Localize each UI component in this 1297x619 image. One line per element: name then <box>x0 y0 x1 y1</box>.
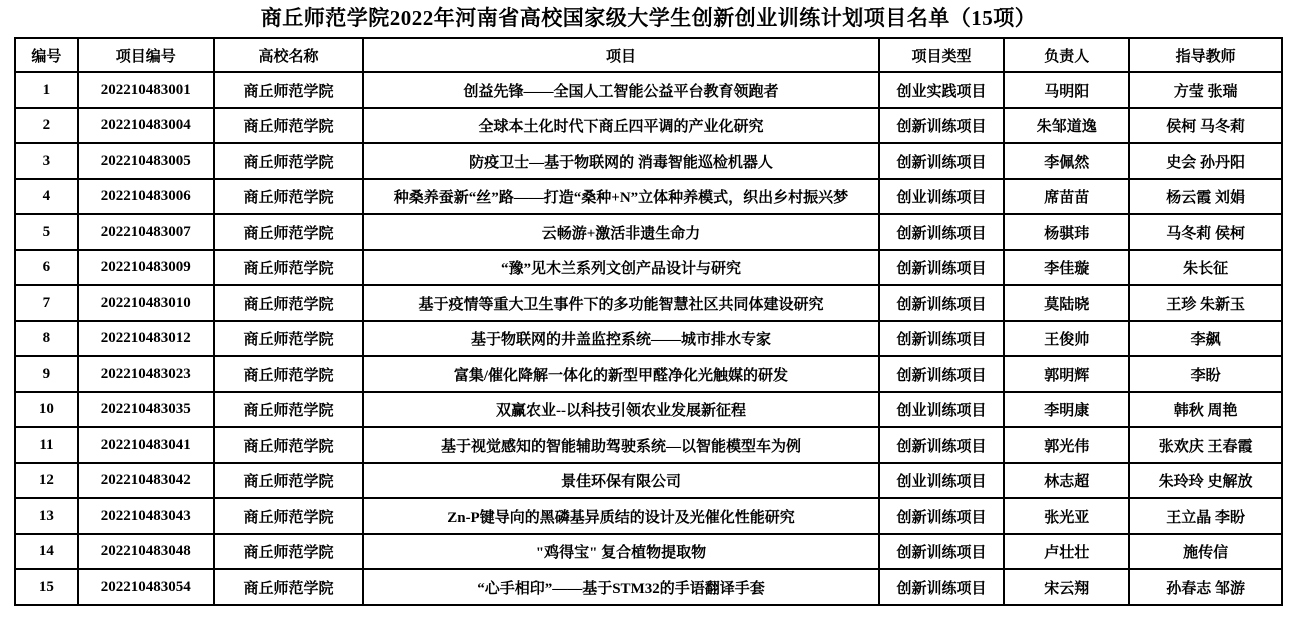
cell-advisors: 李盼 <box>1129 356 1282 392</box>
cell-project-no: 202210483006 <box>78 179 214 215</box>
cell-index: 9 <box>15 356 78 392</box>
document-page: 商丘师范学院2022年河南省高校国家级大学生创新创业训练计划项目名单（15项） … <box>0 0 1297 619</box>
cell-project-no: 202210483048 <box>78 534 214 570</box>
cell-university: 商丘师范学院 <box>214 214 364 250</box>
cell-leader: 卢壮壮 <box>1004 534 1129 570</box>
cell-project-no: 202210483041 <box>78 427 214 463</box>
cell-university: 商丘师范学院 <box>214 108 364 144</box>
cell-leader: 朱邹道逸 <box>1004 108 1129 144</box>
col-header-type: 项目类型 <box>879 38 1005 72</box>
cell-project-no: 202210483012 <box>78 321 214 357</box>
cell-project: 全球本土化时代下商丘四平调的产业化研究 <box>363 108 878 144</box>
cell-university: 商丘师范学院 <box>214 427 364 463</box>
cell-project: 基于物联网的井盖监控系统——城市排水专家 <box>363 321 878 357</box>
cell-type: 创新训练项目 <box>879 356 1005 392</box>
page-title: 商丘师范学院2022年河南省高校国家级大学生创新创业训练计划项目名单（15项） <box>0 5 1297 31</box>
cell-index: 6 <box>15 250 78 286</box>
table-row: 3202210483005商丘师范学院防疫卫士—基于物联网的 消毒智能巡检机器人… <box>15 143 1282 179</box>
cell-index: 13 <box>15 498 78 534</box>
cell-leader: 宋云翔 <box>1004 569 1129 605</box>
cell-advisors: 杨云霞 刘娟 <box>1129 179 1282 215</box>
cell-leader: 李佳璇 <box>1004 250 1129 286</box>
cell-index: 14 <box>15 534 78 570</box>
cell-index: 8 <box>15 321 78 357</box>
cell-project: 双赢农业--以科技引领农业发展新征程 <box>363 392 878 428</box>
cell-advisors: 史会 孙丹阳 <box>1129 143 1282 179</box>
table-row: 15202210483054商丘师范学院“心手相印”——基于STM32的手语翻译… <box>15 569 1282 605</box>
cell-university: 商丘师范学院 <box>214 285 364 321</box>
cell-university: 商丘师范学院 <box>214 250 364 286</box>
cell-type: 创新训练项目 <box>879 569 1005 605</box>
cell-project-no: 202210483001 <box>78 72 214 108</box>
cell-type: 创新训练项目 <box>879 108 1005 144</box>
cell-type: 创业实践项目 <box>879 72 1005 108</box>
cell-leader: 李明康 <box>1004 392 1129 428</box>
cell-project-no: 202210483035 <box>78 392 214 428</box>
cell-leader: 林志超 <box>1004 463 1129 499</box>
cell-advisors: 李飙 <box>1129 321 1282 357</box>
cell-project: 防疫卫士—基于物联网的 消毒智能巡检机器人 <box>363 143 878 179</box>
cell-leader: 席苗苗 <box>1004 179 1129 215</box>
table-row: 1202210483001商丘师范学院创益先锋——全国人工智能公益平台教育领跑者… <box>15 72 1282 108</box>
cell-university: 商丘师范学院 <box>214 143 364 179</box>
col-header-leader: 负责人 <box>1004 38 1129 72</box>
cell-university: 商丘师范学院 <box>214 72 364 108</box>
projects-table: 编号 项目编号 高校名称 项目 项目类型 负责人 指导教师 1202210483… <box>14 37 1283 606</box>
cell-leader: 杨骐玮 <box>1004 214 1129 250</box>
table-row: 6202210483009商丘师范学院“豫”见木兰系列文创产品设计与研究创新训练… <box>15 250 1282 286</box>
cell-project-no: 202210483054 <box>78 569 214 605</box>
cell-university: 商丘师范学院 <box>214 498 364 534</box>
cell-index: 2 <box>15 108 78 144</box>
cell-project: 富集/催化降解一体化的新型甲醛净化光触媒的研发 <box>363 356 878 392</box>
cell-index: 1 <box>15 72 78 108</box>
cell-type: 创新训练项目 <box>879 427 1005 463</box>
cell-type: 创业训练项目 <box>879 463 1005 499</box>
cell-project: Zn-P键导向的黑磷基异质结的设计及光催化性能研究 <box>363 498 878 534</box>
cell-type: 创新训练项目 <box>879 250 1005 286</box>
table-row: 13202210483043商丘师范学院Zn-P键导向的黑磷基异质结的设计及光催… <box>15 498 1282 534</box>
cell-leader: 李佩然 <box>1004 143 1129 179</box>
cell-university: 商丘师范学院 <box>214 569 364 605</box>
cell-index: 7 <box>15 285 78 321</box>
cell-project: “心手相印”——基于STM32的手语翻译手套 <box>363 569 878 605</box>
cell-project: “豫”见木兰系列文创产品设计与研究 <box>363 250 878 286</box>
cell-university: 商丘师范学院 <box>214 356 364 392</box>
cell-project: 基于视觉感知的智能辅助驾驶系统—以智能模型车为例 <box>363 427 878 463</box>
cell-index: 11 <box>15 427 78 463</box>
cell-university: 商丘师范学院 <box>214 179 364 215</box>
cell-university: 商丘师范学院 <box>214 392 364 428</box>
cell-university: 商丘师范学院 <box>214 534 364 570</box>
cell-project: 基于疫情等重大卫生事件下的多功能智慧社区共同体建设研究 <box>363 285 878 321</box>
cell-project-no: 202210483009 <box>78 250 214 286</box>
col-header-advisors: 指导教师 <box>1129 38 1282 72</box>
cell-advisors: 朱长征 <box>1129 250 1282 286</box>
cell-leader: 张光亚 <box>1004 498 1129 534</box>
cell-project-no: 202210483042 <box>78 463 214 499</box>
cell-project: "鸡得宝" 复合植物提取物 <box>363 534 878 570</box>
cell-project-no: 202210483023 <box>78 356 214 392</box>
table-body: 1202210483001商丘师范学院创益先锋——全国人工智能公益平台教育领跑者… <box>15 72 1282 605</box>
cell-type: 创新训练项目 <box>879 285 1005 321</box>
cell-leader: 郭光伟 <box>1004 427 1129 463</box>
cell-type: 创新训练项目 <box>879 534 1005 570</box>
col-header-index: 编号 <box>15 38 78 72</box>
cell-advisors: 施传信 <box>1129 534 1282 570</box>
cell-project: 创益先锋——全国人工智能公益平台教育领跑者 <box>363 72 878 108</box>
cell-type: 创业训练项目 <box>879 179 1005 215</box>
cell-leader: 莫陆晓 <box>1004 285 1129 321</box>
cell-project: 种桑养蚕新“丝”路——打造“桑种+N”立体种养模式，织出乡村振兴梦 <box>363 179 878 215</box>
table-row: 12202210483042商丘师范学院景佳环保有限公司创业训练项目林志超朱玲玲… <box>15 463 1282 499</box>
cell-project-no: 202210483004 <box>78 108 214 144</box>
table-row: 4202210483006商丘师范学院种桑养蚕新“丝”路——打造“桑种+N”立体… <box>15 179 1282 215</box>
cell-project: 云畅游+激活非遗生命力 <box>363 214 878 250</box>
table-row: 11202210483041商丘师范学院基于视觉感知的智能辅助驾驶系统—以智能模… <box>15 427 1282 463</box>
cell-type: 创新训练项目 <box>879 321 1005 357</box>
cell-type: 创新训练项目 <box>879 498 1005 534</box>
cell-university: 商丘师范学院 <box>214 463 364 499</box>
cell-advisors: 韩秋 周艳 <box>1129 392 1282 428</box>
table-row: 7202210483010商丘师范学院基于疫情等重大卫生事件下的多功能智慧社区共… <box>15 285 1282 321</box>
cell-type: 创新训练项目 <box>879 214 1005 250</box>
cell-advisors: 马冬莉 侯柯 <box>1129 214 1282 250</box>
cell-project: 景佳环保有限公司 <box>363 463 878 499</box>
cell-index: 5 <box>15 214 78 250</box>
table-row: 9202210483023商丘师范学院富集/催化降解一体化的新型甲醛净化光触媒的… <box>15 356 1282 392</box>
header-row: 编号 项目编号 高校名称 项目 项目类型 负责人 指导教师 <box>15 38 1282 72</box>
cell-index: 10 <box>15 392 78 428</box>
table-row: 5202210483007商丘师范学院云畅游+激活非遗生命力创新训练项目杨骐玮马… <box>15 214 1282 250</box>
cell-index: 4 <box>15 179 78 215</box>
table-row: 14202210483048商丘师范学院"鸡得宝" 复合植物提取物创新训练项目卢… <box>15 534 1282 570</box>
col-header-project-no: 项目编号 <box>78 38 214 72</box>
col-header-project: 项目 <box>363 38 878 72</box>
table-row: 10202210483035商丘师范学院双赢农业--以科技引领农业发展新征程创业… <box>15 392 1282 428</box>
cell-project-no: 202210483007 <box>78 214 214 250</box>
cell-index: 15 <box>15 569 78 605</box>
cell-type: 创业训练项目 <box>879 392 1005 428</box>
cell-advisors: 张欢庆 王春霞 <box>1129 427 1282 463</box>
cell-university: 商丘师范学院 <box>214 321 364 357</box>
cell-advisors: 朱玲玲 史解放 <box>1129 463 1282 499</box>
cell-project-no: 202210483005 <box>78 143 214 179</box>
cell-advisors: 方莹 张瑞 <box>1129 72 1282 108</box>
cell-type: 创新训练项目 <box>879 143 1005 179</box>
cell-leader: 郭明辉 <box>1004 356 1129 392</box>
col-header-university: 高校名称 <box>214 38 364 72</box>
table-row: 8202210483012商丘师范学院基于物联网的井盖监控系统——城市排水专家创… <box>15 321 1282 357</box>
cell-advisors: 侯柯 马冬莉 <box>1129 108 1282 144</box>
cell-leader: 王俊帅 <box>1004 321 1129 357</box>
cell-index: 3 <box>15 143 78 179</box>
cell-advisors: 王珍 朱新玉 <box>1129 285 1282 321</box>
cell-advisors: 王立晶 李盼 <box>1129 498 1282 534</box>
cell-project-no: 202210483010 <box>78 285 214 321</box>
cell-project-no: 202210483043 <box>78 498 214 534</box>
cell-leader: 马明阳 <box>1004 72 1129 108</box>
cell-index: 12 <box>15 463 78 499</box>
table-row: 2202210483004商丘师范学院全球本土化时代下商丘四平调的产业化研究创新… <box>15 108 1282 144</box>
cell-advisors: 孙春志 邹游 <box>1129 569 1282 605</box>
